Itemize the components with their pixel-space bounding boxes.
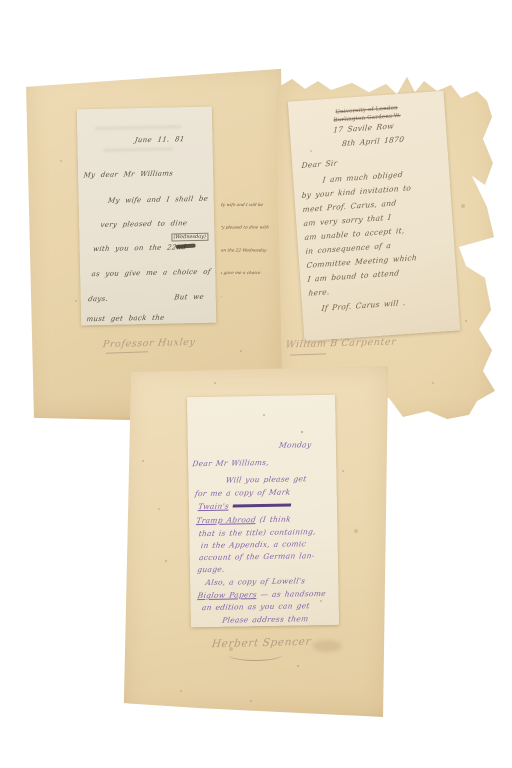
letter-address: 17 Savile Row <box>333 121 395 134</box>
letter-closing: If Prof. Carus will . <box>321 298 406 313</box>
line-rest: (I think <box>255 515 291 525</box>
letter-salutation: My dear Mr Williams <box>83 169 174 179</box>
letter-line: here. <box>308 287 330 298</box>
letter-line: with you on the 22nd <box>92 243 186 253</box>
letter-line: days. But we <box>88 293 205 303</box>
letter-salutation: Dear Sir <box>301 158 338 170</box>
letter-line: in the Appendix, a comic <box>200 539 307 550</box>
letter-line: in consequence of a <box>305 241 391 256</box>
letter-line: an edition as you can get <box>201 601 310 612</box>
letter-date: 8th April 1870 <box>342 135 405 148</box>
insert-note: (Wednesday) <box>171 233 208 242</box>
letter-line: Biglow Papers — as handsome <box>197 589 326 600</box>
letter-date: Monday <box>279 440 313 450</box>
side-note-line: as you gave me a choice <box>221 269 263 277</box>
show-through-mark <box>95 125 181 130</box>
smudge-mark <box>312 640 342 652</box>
letter-line-struck: Twain's ——— ———— <box>198 500 292 511</box>
letter-line: Committee Meeting which <box>306 253 417 270</box>
show-through-mark <box>104 147 174 151</box>
letter-line: account of the German lan- <box>198 551 315 562</box>
letter-closing: Please address them <box>222 614 310 625</box>
side-note-line: of days. <box>221 292 260 298</box>
photo-of-three-letters: June 11. 81 My dear Mr Williams My wife … <box>0 0 512 768</box>
letter-carpenter: University of London Burlington Gardens … <box>288 91 460 341</box>
book-title-biglow-papers: Biglow Papers <box>197 590 257 600</box>
letter-line: meet Prof. Carus, and <box>302 198 397 214</box>
letter-line: Will you please get <box>225 474 307 484</box>
letter-line: Tramp Abroad (I think <box>196 515 292 526</box>
letter-line: am very sorry that I <box>303 213 391 228</box>
letter-line: My wife and I shall be <box>107 195 208 205</box>
letter-line: I am bound to attend <box>307 268 400 283</box>
side-note-line: you on the 22 Wednesday <box>221 246 267 254</box>
letter-line: Also, a copy of Lowell's <box>205 576 306 587</box>
letter-spencer: Monday Dear Mr Williams, Will you please… <box>187 395 339 628</box>
side-note-slip: My wife and I will be very pleased to di… <box>221 186 273 298</box>
letter-date: June 11. 81 <box>134 135 185 144</box>
letter-line: that is the title) containing, <box>198 527 317 538</box>
letter-line: I am much obliged <box>322 170 403 185</box>
letter-salutation: Dear Mr Williams, <box>192 458 270 468</box>
side-note-line: My wife and I will be <box>221 201 273 209</box>
letter-huxley: June 11. 81 My dear Mr Williams My wife … <box>77 107 216 326</box>
line-rest: — as handsome <box>256 589 326 599</box>
letter-line: guage. <box>197 565 226 575</box>
word-twains: Twain's <box>198 502 230 512</box>
ink-blot <box>176 243 196 248</box>
letter-line: must get back the <box>86 314 165 324</box>
foxing-specks <box>0 0 2 2</box>
side-note-line: very pleased to dine with <box>221 224 270 232</box>
struck-out-words: ——— ———— <box>232 500 292 510</box>
letter-line: am unable to accept it, <box>304 226 405 242</box>
letter-line: for me a copy of Mark <box>194 488 291 499</box>
book-title-tramp-abroad: Tramp Abroad <box>196 515 257 525</box>
letter-line: very pleased to dine <box>100 219 188 229</box>
letter-line: as you give me a choice of <box>91 268 211 279</box>
